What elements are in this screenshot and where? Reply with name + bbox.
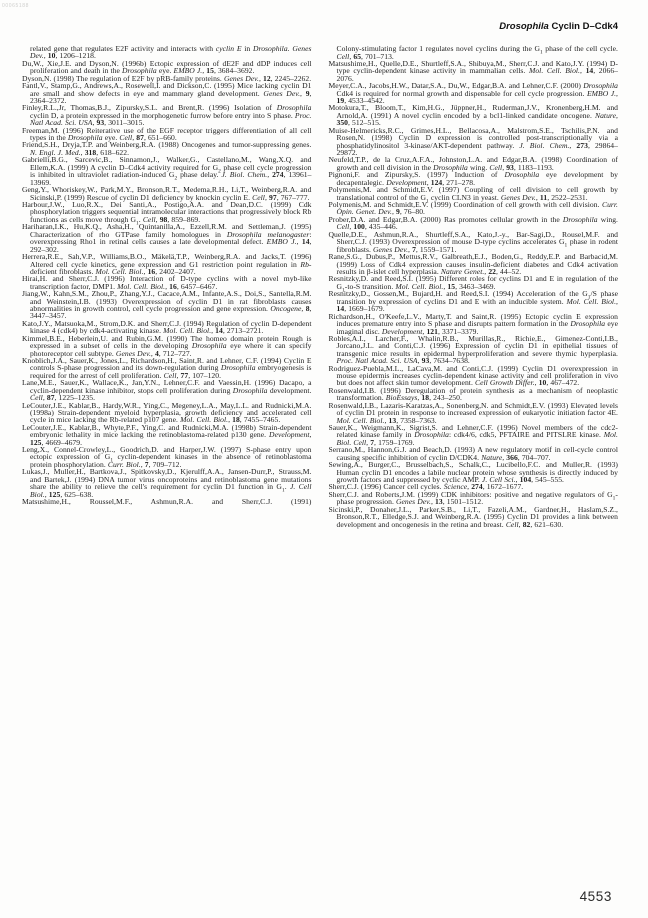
reference-entry: Finley,R.L.,Jr, Thomas,B.J., Zipursky,S.… bbox=[22, 104, 312, 126]
references-section: related gene that regulates E2F activity… bbox=[22, 45, 618, 528]
reference-entry: Kimmel,B.E., Heberlein,U. and Rubin,G.M.… bbox=[22, 335, 312, 357]
references-column-left: related gene that regulates E2F activity… bbox=[22, 45, 312, 528]
reference-entry: Prober,D.A. and Edgar,B.A. (2000) Ras pr… bbox=[329, 216, 619, 231]
reference-entry: Fantl,V., Stamp,G., Andrews,A., Rosewell… bbox=[22, 82, 312, 104]
reference-entry: Motokura,T., Bloom,T., Kim,H.G., Jüppner… bbox=[329, 104, 619, 126]
reference-entry: Resnitzky,D., Gossen,M., Bujard,H. and R… bbox=[329, 290, 619, 312]
reference-entry: Geng,Y., Whoriskey,W., Park,M.Y., Bronso… bbox=[22, 186, 312, 201]
reference-entry: Robles,A.I., Larcher,F., Whalin,R.B., Mu… bbox=[329, 335, 619, 365]
reference-entry: Polymenis,M. and Schmidt,E.V. (1997) Cou… bbox=[329, 186, 619, 201]
reference-entry: Rane,S.G., Dubus,P., Mettus,R.V., Galbre… bbox=[329, 253, 619, 275]
reference-entry: Freeman,M. (1996) Reiterative use of the… bbox=[22, 127, 312, 142]
reference-entry: Du,W., Xie,J.E. and Dyson,N. (1996b) Ect… bbox=[22, 60, 312, 75]
reference-entry: Quelle,D.E., Ashmun,R.A., Shurtleff,S.A.… bbox=[329, 231, 619, 253]
reference-entry: Meyer,C.A., Jacobs,H.W., Datar,S.A., Du,… bbox=[329, 82, 619, 104]
reference-entry: Matsushime,H., Roussel,M.F., Ashmun,R.A.… bbox=[22, 498, 312, 505]
reference-entry: Lane,M.E., Sauer,K., Wallace,K., Jan,Y.N… bbox=[22, 379, 312, 401]
reference-entry: Colony-stimulating factor 1 regulates no… bbox=[329, 45, 619, 60]
reference-entry: LeCouter,J.E., Kablar,B., Whyte,P.F., Yi… bbox=[22, 424, 312, 446]
running-head-species: Drosophila bbox=[499, 21, 549, 32]
reference-entry: Serrano,M., Hannon,G.J. and Beach,D. (19… bbox=[329, 446, 619, 461]
reference-entry: Gabrielli,B.G., Sarcevic,B., Sinnamon,J.… bbox=[22, 156, 312, 186]
reference-entry: Rodriguez-Puebla,M.L., LaCava,M. and Con… bbox=[329, 365, 619, 387]
running-head-title: Cyclin D–Cdk4 bbox=[549, 21, 618, 32]
reference-entry: LeCouter,J.E., Kablar,B., Hardy,W.R., Yi… bbox=[22, 402, 312, 424]
reference-entry: Harbour,J.W., Luo,R.X., Dei Santi,A., Po… bbox=[22, 201, 312, 223]
reference-entry: Lukas,J., Muller,H., Bartkova,J., Spitko… bbox=[22, 468, 312, 498]
reference-entry: Kato,J.Y., Matsuoka,M., Strom,D.K. and S… bbox=[22, 320, 312, 335]
reference-entry: Rosenwald,I.B. (1996) Deregulation of pr… bbox=[329, 387, 619, 402]
reference-entry: Hariharan,I.K., Hu,K.Q., Asha,H., Quinta… bbox=[22, 223, 312, 253]
reference-entry: Jiang,W., Kahn,S.M., Zhou,P., Zhang,Y.J.… bbox=[22, 290, 312, 320]
reference-entry: Hirai,H. and Sherr,C.J. (1996) Interacti… bbox=[22, 275, 312, 290]
journal-page: 00065188 Drosophila Cyclin D–Cdk4 relate… bbox=[0, 0, 648, 918]
reference-entry: Polymenis,M. and Schmidt,E.V. (1999) Coo… bbox=[329, 201, 619, 216]
reference-entry: Richardson,H., O'Keefe,L.V., Marty,T. an… bbox=[329, 313, 619, 335]
reference-entry: Sauer,K., Weigmann,K., Sigrist,S. and Le… bbox=[329, 424, 619, 446]
reference-entry: related gene that regulates E2F activity… bbox=[22, 45, 312, 60]
page-number: 4553 bbox=[580, 889, 612, 904]
reference-entry: Sherr,C.J. and Roberts,J.M. (1999) CDK i… bbox=[329, 491, 619, 506]
reference-entry: Leng,X., Connel-Crowley,L., Goodrich,D. … bbox=[22, 446, 312, 468]
reference-entry: Muise-Helmericks,R.C., Grimes,H.L., Bell… bbox=[329, 127, 619, 157]
reference-entry: Matsushime,H., Quelle,D.E., Shurtleff,S.… bbox=[329, 60, 619, 82]
reference-entry: Sewing,A., Burger,C., Brusselbach,S., Sc… bbox=[329, 461, 619, 483]
reference-entry: Herrera,R.E., Sah,V.P., Williams,B.O., M… bbox=[22, 253, 312, 275]
reference-entry: Rosenwald,I.B., Lazaris-Karatzas,A., Son… bbox=[329, 402, 619, 424]
references-column-right: Colony-stimulating factor 1 regulates no… bbox=[329, 45, 619, 528]
scan-watermark: 00065188 bbox=[2, 3, 29, 9]
reference-entry: Neufeld,T.P., de la Cruz,A.F.A., Johnsto… bbox=[329, 156, 619, 171]
running-head: Drosophila Cyclin D–Cdk4 bbox=[22, 21, 618, 32]
reference-entry: Resnitzky,D. and Reed,S.I. (1995) Differ… bbox=[329, 275, 619, 290]
reference-entry: Pignoni,F. and Zipursky,S. (1997) Induct… bbox=[329, 171, 619, 186]
reference-entry: Friend,S.H., Dryja,T.P. and Weinberg,R.A… bbox=[22, 141, 312, 156]
reference-entry: Knoblich,J.A., Sauer,K., Jones,L., Richa… bbox=[22, 357, 312, 379]
reference-entry: Sicinski,P., Donaher,J.L., Parker,S.B., … bbox=[329, 506, 619, 528]
